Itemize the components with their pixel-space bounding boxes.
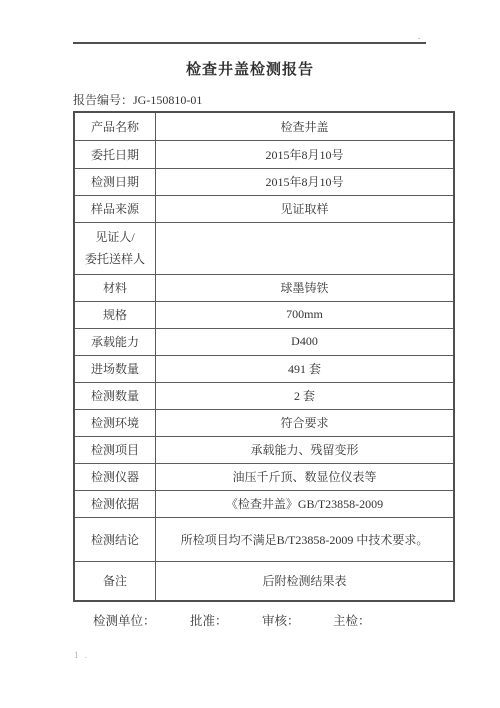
row-label: 承载能力 — [74, 328, 156, 355]
row-label-line2: 委托送样人 — [80, 248, 150, 270]
top-right-artifact: . — [418, 31, 420, 41]
table-row: 产品名称 检查井盖 — [74, 112, 454, 140]
row-value: 承载能力、残留变形 — [156, 436, 455, 463]
row-label: 检测依据 — [74, 490, 156, 517]
row-value: 2015年8月10号 — [156, 168, 455, 195]
row-value: 球墨铸铁 — [156, 274, 455, 301]
row-label: 规格 — [74, 301, 156, 328]
row-value: 700mm — [156, 301, 455, 328]
table-row: 检测项目 承载能力、残留变形 — [74, 436, 454, 463]
row-value: 见证取样 — [156, 195, 455, 222]
table-row: 检测仪器 油压千斤顶、数显位仪表等 — [74, 463, 454, 490]
row-value: 后附检测结果表 — [156, 561, 455, 601]
row-value: 所检项目均不满足B/T23858-2009 中技术要求。 — [156, 517, 455, 561]
row-value: D400 — [156, 328, 455, 355]
row-value: 检查井盖 — [156, 112, 455, 140]
signature-reviewer: 审核： — [262, 611, 300, 629]
row-label: 检测结论 — [74, 517, 156, 561]
row-label: 见证人/ 委托送样人 — [74, 222, 156, 274]
table-row: 备注 后附检测结果表 — [74, 561, 454, 601]
row-label: 检测项目 — [74, 436, 156, 463]
row-value: 2 套 — [156, 382, 455, 409]
row-label: 检测仪器 — [74, 463, 156, 490]
row-label: 检测数量 — [74, 382, 156, 409]
row-value: 《检查井盖》GB/T23858-2009 — [156, 490, 455, 517]
row-value — [156, 222, 455, 274]
page-title: 检查井盖检测报告 — [0, 58, 500, 79]
row-value: 符合要求 — [156, 409, 455, 436]
table-row: 材料 球墨铸铁 — [74, 274, 454, 301]
row-value: 2015年8月10号 — [156, 140, 455, 168]
table-row: 检测结论 所检项目均不满足B/T23858-2009 中技术要求。 — [74, 517, 454, 561]
page-number-mark: 1 . — [74, 650, 89, 660]
table-row: 样品来源 见证取样 — [74, 195, 454, 222]
table-row: 检测数量 2 套 — [74, 382, 454, 409]
row-label: 进场数量 — [74, 355, 156, 382]
report-number: 报告编号：JG-150810-01 — [73, 91, 202, 108]
signature-chief-inspector: 主检： — [333, 611, 371, 629]
row-label: 样品来源 — [74, 195, 156, 222]
row-label: 材料 — [74, 274, 156, 301]
row-label: 备注 — [74, 561, 156, 601]
table-row: 检测环境 符合要求 — [74, 409, 454, 436]
table-row: 承载能力 D400 — [74, 328, 454, 355]
row-value: 491 套 — [156, 355, 455, 382]
row-label: 检测环境 — [74, 409, 156, 436]
header-rule — [73, 42, 426, 44]
table-row: 检测日期 2015年8月10号 — [74, 168, 454, 195]
table-row: 见证人/ 委托送样人 — [74, 222, 454, 274]
row-label-line1: 见证人/ — [80, 226, 150, 248]
table-row: 进场数量 491 套 — [74, 355, 454, 382]
table-row: 委托日期 2015年8月10号 — [74, 140, 454, 168]
table-row: 检测依据 《检查井盖》GB/T23858-2009 — [74, 490, 454, 517]
report-table: 产品名称 检查井盖 委托日期 2015年8月10号 检测日期 2015年8月10… — [73, 111, 455, 602]
signature-testing-unit: 检测单位： — [93, 611, 156, 629]
table-row: 规格 700mm — [74, 301, 454, 328]
row-label: 产品名称 — [74, 112, 156, 140]
signature-approver: 批准： — [190, 611, 228, 629]
row-label: 委托日期 — [74, 140, 156, 168]
row-label: 检测日期 — [74, 168, 156, 195]
row-value: 油压千斤顶、数显位仪表等 — [156, 463, 455, 490]
